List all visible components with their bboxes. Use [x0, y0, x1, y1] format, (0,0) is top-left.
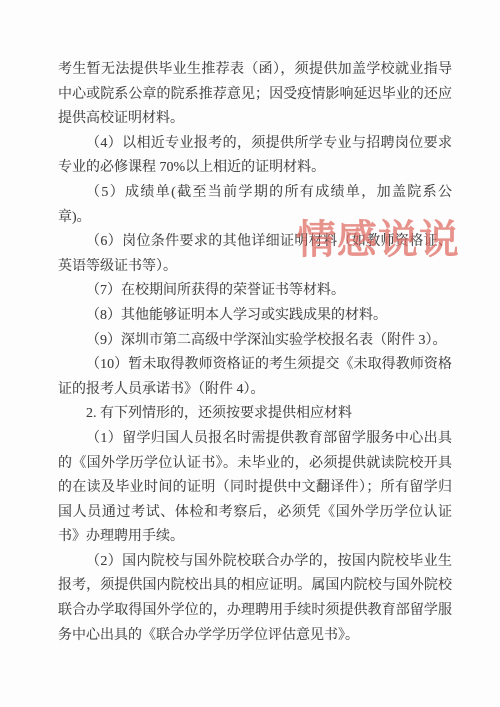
paragraph: （6）岗位条件要求的其他详细证明材料（如教师资格证、英语等级证书等）。: [58, 230, 452, 279]
document-page: 考生暂无法提供毕业生推荐表（函），须提供加盖学校就业指导中心或院系公章的院系推荐…: [0, 0, 500, 707]
paragraph: （9）深圳市第二高级中学深汕实验学校报名表（附件 3）。: [58, 329, 452, 354]
paragraph: （4）以相近专业报考的，须提供所学专业与招聘岗位要求专业的必修课程 70%以上相…: [58, 132, 452, 181]
paragraph: （8）其他能够证明本人学习或实践成果的材料。: [58, 304, 452, 329]
paragraph: （5）成绩单(截至当前学期的所有成绩单，加盖院系公章)。: [58, 181, 452, 230]
paragraph: （2）国内院校与国外院校联合办学的，按国内院校毕业生报考，须提供国内院校出具的相…: [58, 550, 452, 648]
document-body: 考生暂无法提供毕业生推荐表（函），须提供加盖学校就业指导中心或院系公章的院系推荐…: [58, 58, 452, 648]
paragraph: 考生暂无法提供毕业生推荐表（函），须提供加盖学校就业指导中心或院系公章的院系推荐…: [58, 58, 452, 132]
paragraph: （7）在校期间所获得的荣誉证书等材料。: [58, 279, 452, 304]
paragraph: （1）留学归国人员报名时需提供教育部留学服务中心出具的《国外学历学位认证书》。未…: [58, 427, 452, 550]
paragraph: 2. 有下列情形的，还须按要求提供相应材料: [58, 402, 452, 427]
paragraph: （10）暂未取得教师资格证的考生须提交《未取得教师资格证的报考人员承诺书》（附件…: [58, 353, 452, 402]
